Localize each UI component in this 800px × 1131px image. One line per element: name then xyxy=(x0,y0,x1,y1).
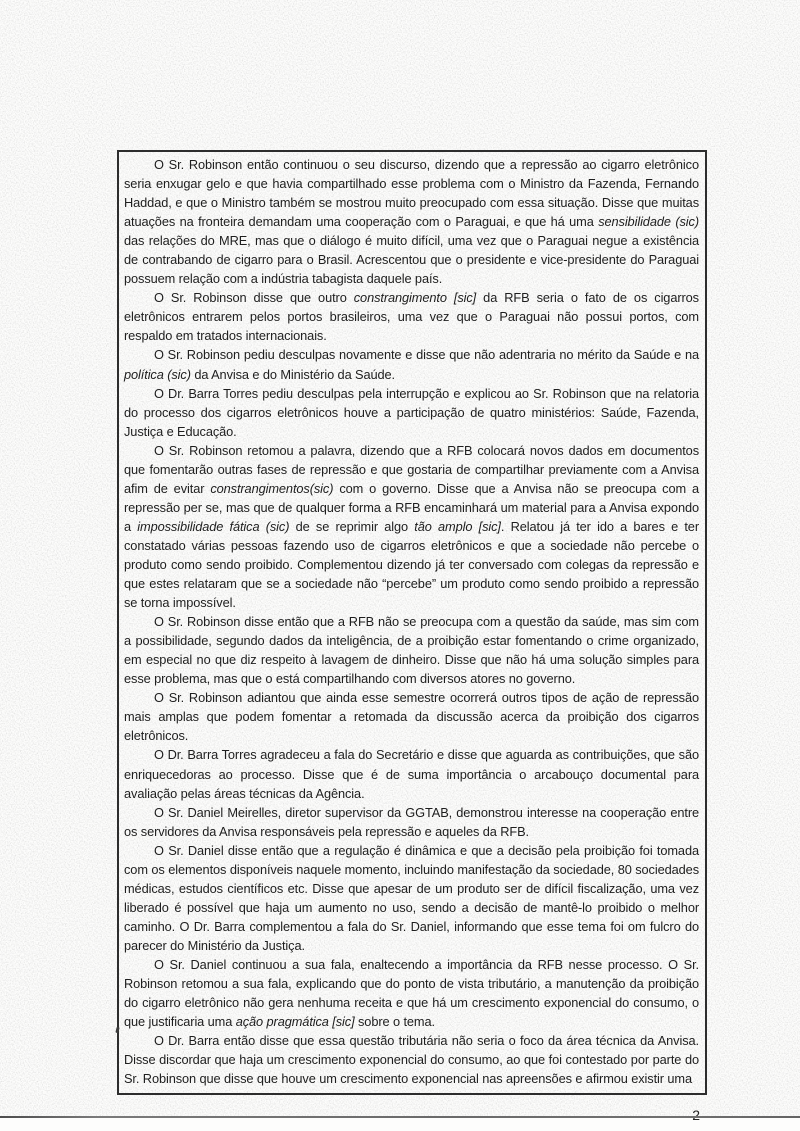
paragraph: O Sr. Robinson pediu desculpas novamente… xyxy=(124,345,699,383)
sic-italic-text: tão amplo [sic] xyxy=(414,519,501,534)
paragraph: O Sr. Robinson então continuou o seu dis… xyxy=(124,155,699,288)
scanned-document-page: O Sr. Robinson então continuou o seu dis… xyxy=(0,0,800,1131)
page-content: O Sr. Robinson então continuou o seu dis… xyxy=(0,0,800,1123)
paragraph: O Dr. Barra Torres pediu desculpas pela … xyxy=(124,384,699,441)
body-text: O Sr. Robinson pediu desculpas novamente… xyxy=(154,347,699,362)
body-text: O Dr. Barra então disse que essa questão… xyxy=(124,1033,699,1086)
body-text: O Sr. Daniel Meirelles, diretor supervis… xyxy=(124,805,699,839)
body-text: O Sr. Daniel disse então que a regulação… xyxy=(124,843,699,953)
paragraph: O Sr. Daniel disse então que a regulação… xyxy=(124,841,699,955)
paragraph: O Sr. Robinson adiantou que ainda esse s… xyxy=(124,688,699,745)
document-box: O Sr. Robinson então continuou o seu dis… xyxy=(117,150,707,1095)
body-text: O Sr. Robinson disse que outro xyxy=(154,290,354,305)
sic-italic-text: impossibilidade fática (sic) xyxy=(137,519,289,534)
sic-italic-text: política (sic) xyxy=(124,367,191,382)
sic-italic-text: constrangimento [sic] xyxy=(354,290,476,305)
body-text: O Sr. Robinson adiantou que ainda esse s… xyxy=(124,690,699,743)
paragraph: O Sr. Robinson disse então que a RFB não… xyxy=(124,612,699,688)
body-text: de se reprimir algo xyxy=(289,519,414,534)
body-text: sobre o tema. xyxy=(355,1014,435,1029)
scanner-edge-line xyxy=(0,1116,800,1118)
body-text: O Dr. Barra Torres pediu desculpas pela … xyxy=(124,386,699,439)
sic-italic-text: constrangimentos(sic) xyxy=(210,481,333,496)
paragraph: O Dr. Barra Torres agradeceu a fala do S… xyxy=(124,745,699,802)
body-text: O Sr. Robinson disse então que a RFB não… xyxy=(124,614,699,686)
paragraph: O Sr. Robinson retomou a palavra, dizend… xyxy=(124,441,699,612)
paragraph: O Sr. Daniel Meirelles, diretor supervis… xyxy=(124,803,699,841)
body-text: O Dr. Barra Torres agradeceu a fala do S… xyxy=(124,747,699,800)
sic-italic-text: sensibilidade (sic) xyxy=(598,214,699,229)
paragraph: O Sr. Daniel continuou a sua fala, enalt… xyxy=(124,955,699,1031)
body-text: das relações do MRE, mas que o diálogo é… xyxy=(124,233,699,286)
paragraph: O Dr. Barra então disse que essa questão… xyxy=(124,1031,699,1088)
paragraph: O Sr. Robinson disse que outro constrang… xyxy=(124,288,699,345)
sic-italic-text: ação pragmática [sic] xyxy=(236,1014,355,1029)
body-text: da Anvisa e do Ministério da Saúde. xyxy=(191,367,395,382)
